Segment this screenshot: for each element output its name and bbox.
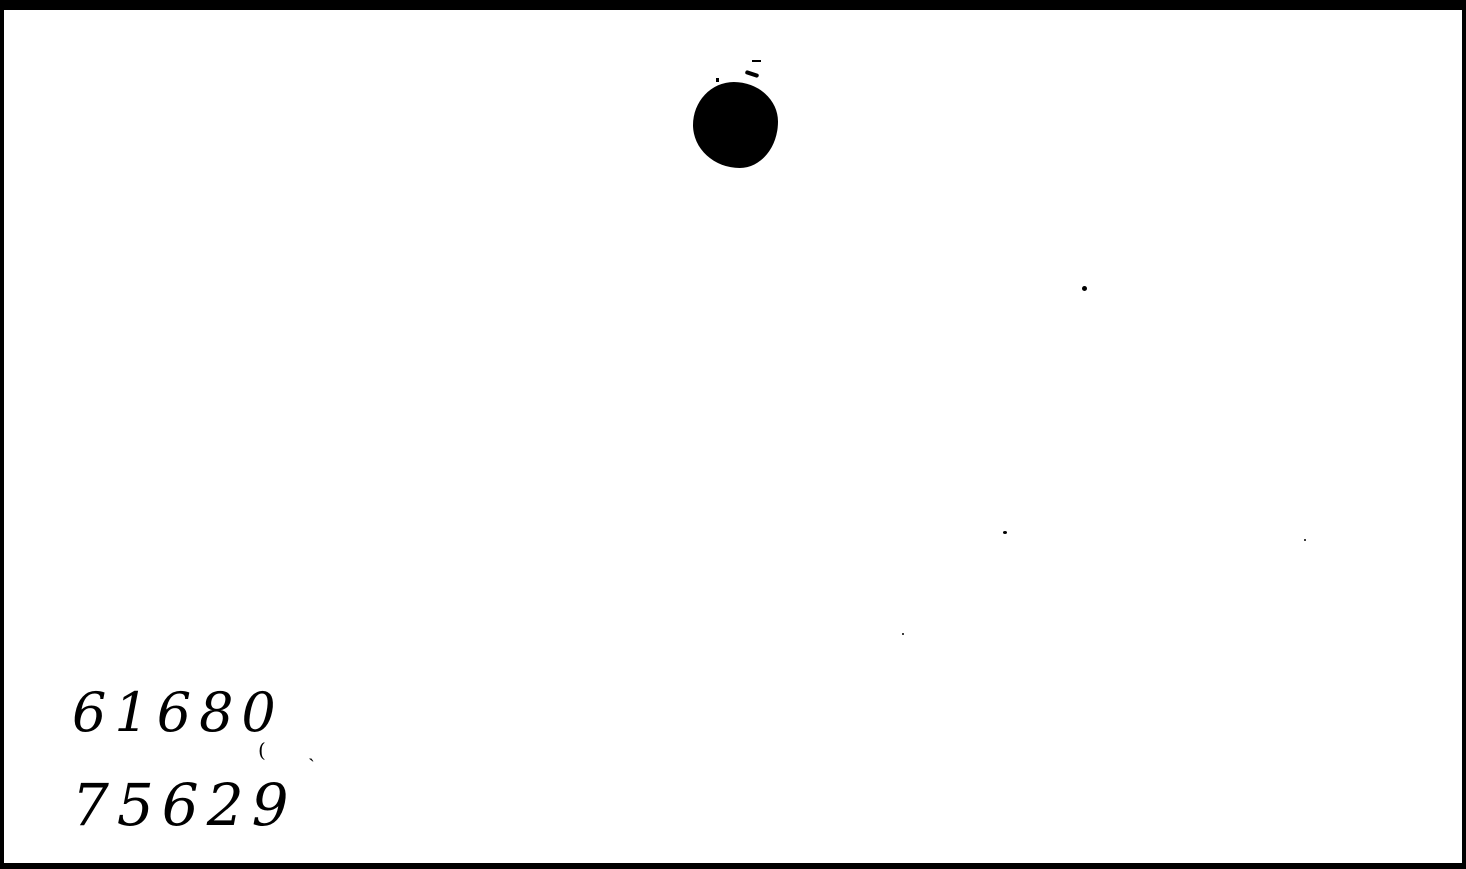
punch-hole-icon bbox=[693, 82, 778, 168]
handwritten-number-2: 75629 bbox=[72, 776, 297, 834]
scan-debris bbox=[716, 78, 719, 82]
scan-speck bbox=[902, 633, 904, 635]
handwritten-marks: ( ˎ bbox=[258, 738, 333, 763]
scan-speck bbox=[1003, 531, 1007, 534]
scan-speck bbox=[1304, 539, 1306, 541]
scan-debris bbox=[752, 60, 761, 62]
scan-speck bbox=[1082, 286, 1087, 291]
handwritten-number-1: 61680 bbox=[72, 686, 284, 740]
